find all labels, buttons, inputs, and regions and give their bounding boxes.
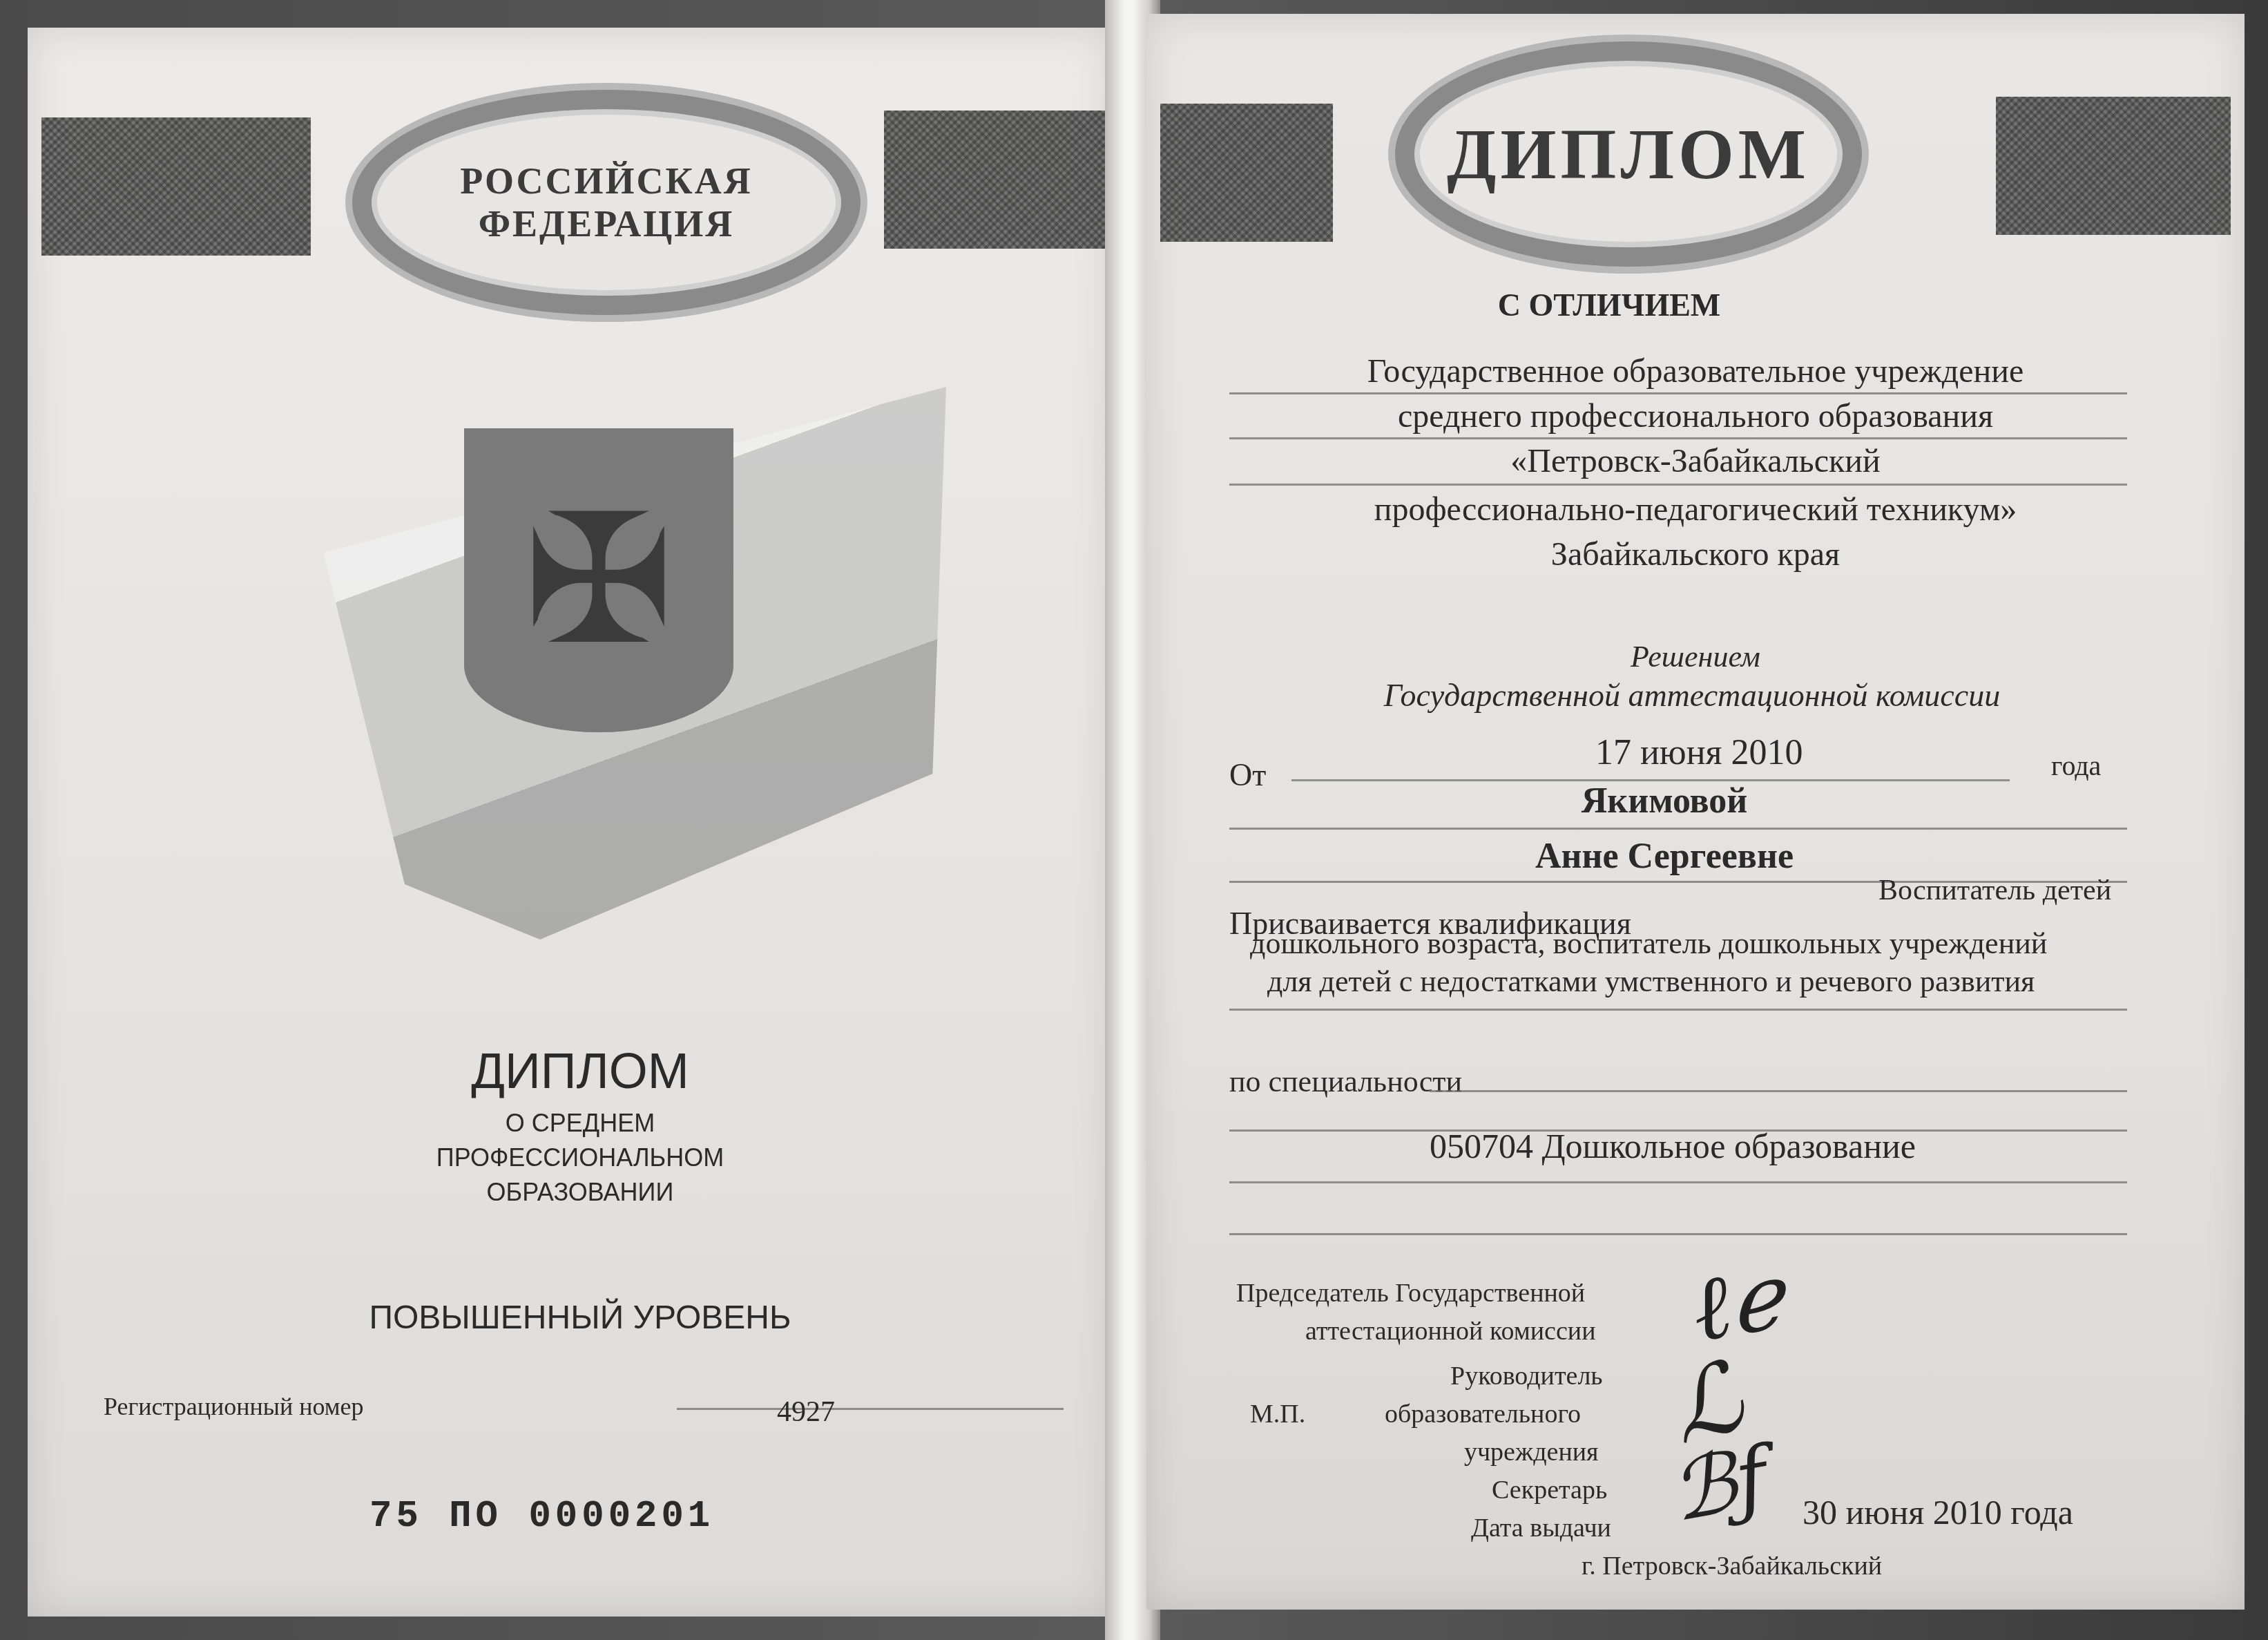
rule	[1229, 392, 2127, 394]
country-name-line1: РОССИЙСКАЯ	[460, 160, 752, 202]
institution-line-2: среднего профессионального образования	[1257, 397, 2134, 435]
diploma-cartouche: ДИПЛОМ	[1395, 41, 1862, 267]
secretary-label: Секретарь	[1492, 1475, 1607, 1505]
rule	[1229, 484, 2127, 486]
left-doc-title: ДИПЛОМ	[304, 1043, 856, 1100]
specialty-value: 050704 Дошкольное образование	[1430, 1126, 1916, 1166]
head-label-line3: учреждения	[1464, 1437, 1599, 1467]
specialty-label: по специальности	[1229, 1064, 1462, 1099]
head-label-line2: образовательного	[1385, 1399, 1581, 1429]
chair-signature-icon: ℓℯ	[1684, 1243, 1791, 1363]
rule	[1229, 1009, 2127, 1011]
rule	[1430, 1090, 2127, 1092]
decision-date: 17 июня 2010	[1595, 732, 1803, 773]
graduate-given-names: Анне Сергеевне	[1354, 836, 1975, 877]
qualification-line-1: Воспитатель детей	[1878, 874, 2111, 907]
diploma-serial-number: 75 ПО 0000201	[369, 1496, 714, 1538]
subtitle-line3: ОБРАЗОВАНИИ	[304, 1178, 856, 1207]
rule	[1229, 1181, 2127, 1183]
decision-line-1: Решением	[1257, 639, 2134, 674]
institution-line-3: «Петровск-Забайкальский	[1257, 442, 2134, 480]
institution-line-1: Государственное образовательное учрежден…	[1257, 352, 2134, 390]
russian-coat-of-arms-icon: ✠	[464, 428, 733, 732]
issue-date-label: Дата выдачи	[1471, 1513, 1611, 1543]
guilloche-band-right	[884, 111, 1112, 249]
institution-line-5: Забайкальского края	[1257, 535, 2134, 573]
honors-label: С ОТЛИЧИЕМ	[1367, 287, 1851, 323]
registration-label: Регистрационный номер	[104, 1392, 364, 1421]
registration-line	[677, 1408, 1064, 1410]
left-page: РОССИЙСКАЯ ФЕДЕРАЦИЯ ✠ ДИПЛОМ О СРЕДНЕМ …	[28, 28, 1112, 1617]
right-doc-title: ДИПЛОМ	[1447, 113, 1810, 196]
chair-label-line1: Председатель Государственной	[1236, 1278, 1585, 1308]
from-label: От	[1229, 756, 1266, 793]
education-level: ПОВЫШЕННЫЙ УРОВЕНЬ	[235, 1299, 925, 1337]
country-name-line2: ФЕДЕРАЦИЯ	[479, 202, 735, 245]
registration-number: 4927	[777, 1395, 835, 1429]
chair-label-line2: аттестационной комиссии	[1305, 1316, 1596, 1346]
guilloche-band-left	[1160, 104, 1333, 242]
qualification-line-3: для детей с недостатками умственного и р…	[1267, 964, 2035, 999]
guilloche-band-right	[1996, 97, 2231, 235]
issue-city: г. Петровск-Забайкальский	[1582, 1551, 1882, 1581]
institution-line-4: профессионально-педагогический техникум»	[1257, 490, 2134, 528]
qualification-line-2: дошкольного возраста, воспитатель дошкол…	[1250, 926, 2047, 961]
guilloche-band-left	[41, 117, 311, 256]
right-page: ДИПЛОМ С ОТЛИЧИЕМ Государственное образо…	[1146, 14, 2245, 1610]
rule	[1229, 1233, 2127, 1235]
country-cartouche: РОССИЙСКАЯ ФЕДЕРАЦИЯ	[352, 90, 861, 315]
subtitle-line1: О СРЕДНЕМ	[304, 1109, 856, 1138]
secretary-signature-icon: ℬƒ	[1664, 1429, 1775, 1541]
head-label-line1: Руководитель	[1450, 1361, 1603, 1391]
graduate-surname: Якимовой	[1354, 781, 1975, 821]
rule	[1229, 828, 2127, 830]
year-word: года	[2051, 750, 2101, 782]
subtitle-line2: ПРОФЕССИОНАЛЬНОМ	[304, 1143, 856, 1172]
stamp-place-label: М.П.	[1250, 1399, 1305, 1429]
rule	[1229, 437, 2127, 439]
decision-line-2: Государственной аттестационной комиссии	[1215, 677, 2169, 714]
issue-date: 30 июня 2010 года	[1803, 1492, 2073, 1532]
